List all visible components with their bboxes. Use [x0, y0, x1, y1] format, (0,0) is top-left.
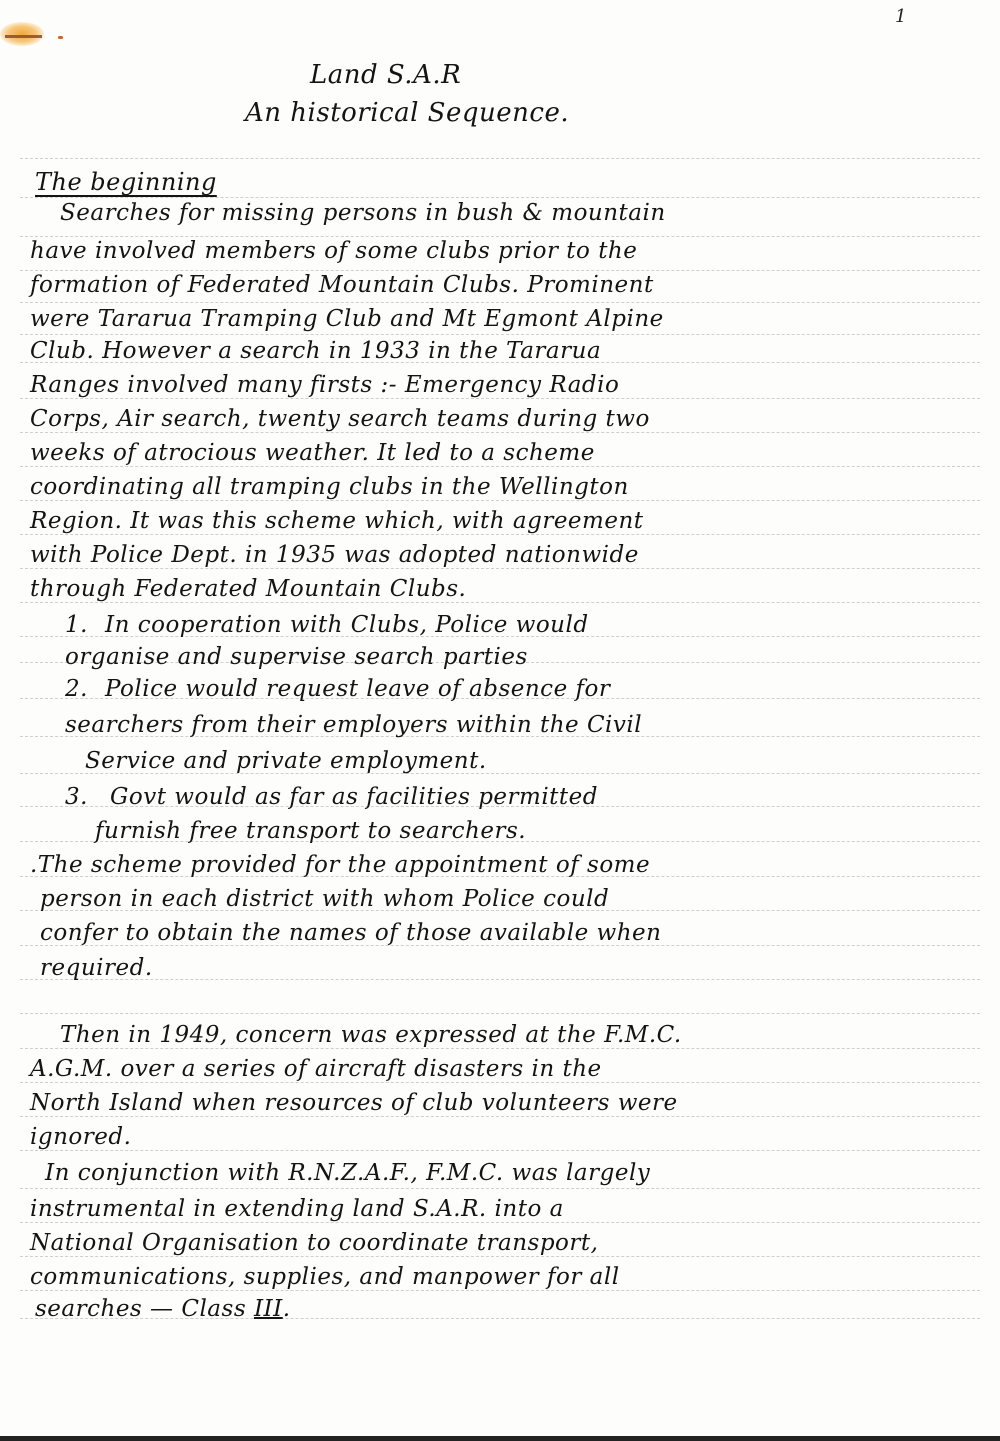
text-line: .The scheme provided for the appointment…	[30, 852, 650, 878]
list-item-number: 1.	[65, 612, 88, 638]
ruled-line	[20, 1116, 980, 1117]
final-line-suffix: .	[283, 1296, 291, 1322]
ruled-line	[20, 1150, 980, 1151]
list-item-text: Govt would as far as facilities permitte…	[110, 784, 598, 810]
ruled-line	[20, 158, 980, 159]
ruled-line	[20, 1290, 980, 1291]
text-line: were Tararua Tramping Club and Mt Egmont…	[30, 306, 664, 332]
text-line: ignored.	[30, 1124, 131, 1150]
scanned-handwritten-page: 1 Land S.A.R An historical Sequence. The…	[0, 0, 1000, 1441]
text-line: In conjunction with R.N.Z.A.F., F.M.C. w…	[45, 1160, 650, 1186]
list-item-number: 2.	[65, 676, 88, 702]
ruled-line	[20, 979, 980, 980]
tape-mark	[5, 35, 42, 38]
text-line: person in each district with whom Police…	[40, 886, 609, 912]
ruled-line	[20, 197, 980, 198]
ruled-line	[20, 432, 980, 433]
ruled-line	[20, 1222, 980, 1223]
text-line: instrumental in extending land S.A.R. in…	[30, 1196, 564, 1222]
text-line: confer to obtain the names of those avai…	[40, 920, 661, 946]
list-item-text: organise and supervise search parties	[65, 644, 528, 670]
ruled-line	[20, 398, 980, 399]
ruled-line	[20, 500, 980, 501]
text-line: communications, supplies, and manpower f…	[30, 1264, 620, 1290]
ruled-line	[20, 534, 980, 535]
ruled-line	[20, 602, 980, 603]
final-line-prefix: searches — Class	[35, 1296, 254, 1322]
ruled-line	[20, 1188, 980, 1189]
ruled-line	[20, 568, 980, 569]
text-line: weeks of atrocious weather. It led to a …	[30, 440, 595, 466]
text-line: with Police Dept. in 1935 was adopted na…	[30, 542, 639, 568]
text-line: coordinating all tramping clubs in the W…	[30, 474, 629, 500]
text-line: formation of Federated Mountain Clubs. P…	[30, 272, 654, 298]
scan-bottom-edge	[0, 1436, 1000, 1441]
list-item-text: furnish free transport to searchers.	[95, 818, 526, 844]
ruled-line	[20, 270, 980, 271]
ruled-line	[20, 302, 980, 303]
text-line: have involved members of some clubs prio…	[30, 238, 637, 264]
list-item-text: In cooperation with Clubs, Police would	[105, 612, 589, 638]
list-item-number: 3.	[65, 784, 88, 810]
text-line: Then in 1949, concern was expressed at t…	[60, 1022, 682, 1048]
text-line: A.G.M. over a series of aircraft disaste…	[30, 1056, 602, 1082]
text-line: Ranges involved many firsts :- Emergency…	[30, 372, 619, 398]
text-line: North Island when resources of club volu…	[30, 1090, 678, 1116]
text-line: Searches for missing persons in bush & m…	[60, 200, 666, 226]
text-line: Corps, Air search, twenty search teams d…	[30, 406, 650, 432]
text-line: Club. However a search in 1933 in the Ta…	[30, 338, 601, 364]
ruled-line	[20, 1256, 980, 1257]
text-line-final: searches — Class III.	[35, 1296, 291, 1322]
list-item-text: Service and private employment.	[85, 748, 487, 774]
document-subtitle: An historical Sequence.	[245, 98, 569, 128]
list-item-text: searchers from their employers within th…	[65, 712, 642, 738]
section-heading: The beginning	[35, 168, 217, 196]
ruled-line	[20, 1048, 980, 1049]
list-item-text: Police would request leave of absence fo…	[105, 676, 610, 702]
text-line: required.	[40, 955, 153, 981]
page-number: 1	[895, 6, 906, 27]
text-line: through Federated Mountain Clubs.	[30, 576, 466, 602]
ruled-line	[20, 1013, 980, 1014]
class-roman-numeral: III	[254, 1296, 283, 1322]
text-line: National Organisation to coordinate tran…	[30, 1230, 598, 1256]
ruled-line	[20, 466, 980, 467]
paper-stain	[0, 22, 44, 46]
document-title: Land S.A.R	[310, 60, 461, 90]
ruled-line	[20, 1082, 980, 1083]
ruled-line	[20, 236, 980, 237]
ruled-line	[20, 334, 980, 335]
rust-spot	[58, 36, 63, 39]
text-line: Region. It was this scheme which, with a…	[30, 508, 644, 534]
